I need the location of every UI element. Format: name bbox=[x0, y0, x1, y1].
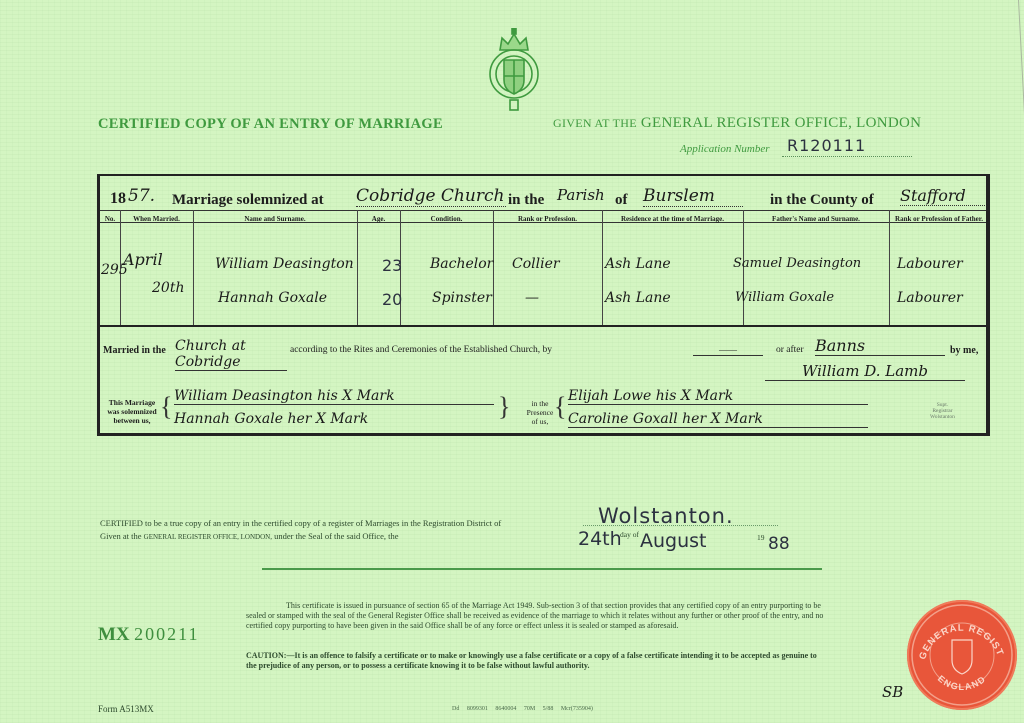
label-line: was solemnized bbox=[103, 407, 161, 416]
or-after-value: Banns bbox=[815, 336, 945, 356]
bride-signature: Hannah Goxale her X Mark bbox=[174, 411, 368, 427]
officiant-signature: William D. Lamb bbox=[765, 362, 965, 381]
or-after-label: or after bbox=[776, 345, 804, 355]
seal-text-top: GENERAL REGISTER OFFICE bbox=[907, 600, 1006, 661]
certification-line-2: Given at the General Register Office, Lo… bbox=[100, 531, 399, 541]
serial-digits: 200211 bbox=[134, 624, 199, 644]
certificate-title: CERTIFIED COPY OF AN ENTRY OF MARRIAGE bbox=[98, 116, 443, 133]
caution-notice: CAUTION:—It is an offence to falsify a c… bbox=[246, 651, 826, 671]
of-label: of bbox=[615, 192, 628, 209]
bride-father-rank: Labourer bbox=[897, 290, 963, 306]
svg-text:ENGLAND: ENGLAND bbox=[936, 673, 988, 692]
by-licence-value: —— bbox=[693, 345, 763, 356]
brace-left: { bbox=[160, 392, 172, 422]
register-office-seal-icon: GENERAL REGISTER OFFICE ENGLAND bbox=[907, 600, 1017, 710]
application-number: R120111 bbox=[787, 136, 866, 155]
initials: SB bbox=[882, 683, 903, 701]
groom-father-rank: Labourer bbox=[897, 256, 963, 272]
caution-text: It is an offence to falsify a certificat… bbox=[246, 651, 817, 670]
bride-rank: — bbox=[525, 290, 539, 306]
registrar-stamp: Supt. Registrar Wolstanton bbox=[930, 402, 955, 420]
issuing-office: Given at the GENERAL REGISTER OFFICE, LO… bbox=[553, 115, 921, 132]
column-header-age: Age. bbox=[357, 215, 400, 223]
column-header-father: Father's Name and Surname. bbox=[743, 215, 889, 223]
registration-district: Wolstanton. bbox=[598, 504, 734, 528]
witness-1-signature: Elijah Lowe his X Mark bbox=[568, 388, 868, 405]
serial-number: MX 200211 bbox=[98, 624, 200, 646]
application-number-label: Application Number bbox=[680, 143, 770, 155]
solemnized-place: Cobridge Church bbox=[356, 186, 506, 207]
form-number: Form A513MX bbox=[98, 704, 154, 714]
bride-age: 20 bbox=[382, 290, 402, 309]
bride-condition: Spinster bbox=[432, 290, 492, 306]
year-printed: 19 bbox=[757, 533, 765, 542]
in-the-label: in the bbox=[508, 192, 544, 209]
groom-age: 23 bbox=[382, 256, 402, 275]
groom-residence: Ash Lane bbox=[605, 256, 671, 272]
column-header-residence: Residence at the time of Marriage. bbox=[602, 215, 743, 223]
rule bbox=[100, 325, 986, 327]
line2-suffix: under the Seal of the said Office, the bbox=[274, 531, 398, 541]
day-of-label: day of bbox=[620, 530, 639, 539]
line2-prefix: Given at the bbox=[100, 531, 142, 541]
column-header-name: Name and Surname. bbox=[193, 215, 357, 223]
parish-type: Parish bbox=[557, 186, 605, 204]
column-divider bbox=[602, 210, 603, 325]
serial-prefix: MX bbox=[98, 624, 130, 645]
parish-name: Burslem bbox=[643, 186, 743, 207]
statutory-notice: This certificate is issued in pursuance … bbox=[246, 601, 826, 631]
groom-condition: Bachelor bbox=[430, 256, 493, 272]
royal-crest-icon bbox=[486, 28, 542, 114]
certification-line-1: CERTIFIED to be a true copy of an entry … bbox=[100, 518, 501, 528]
brace-witnesses: { bbox=[554, 392, 566, 422]
svg-text:GENERAL REGISTER OFFICE: GENERAL REGISTER OFFICE bbox=[907, 600, 1006, 661]
column-header-rank: Rank or Profession. bbox=[493, 215, 602, 223]
print-code: Dd 8099301 8640004 70M 5/88 Mcr(735904) bbox=[452, 706, 593, 712]
county-name: Stafford bbox=[900, 186, 985, 206]
groom-father: Samuel Deasington bbox=[733, 256, 861, 271]
groom-name: William Deasington bbox=[215, 256, 354, 272]
caution-label: CAUTION:— bbox=[246, 651, 294, 660]
certification-day: 24th bbox=[578, 528, 622, 550]
seal-text-bottom: ENGLAND bbox=[936, 673, 988, 692]
column-header-condition: Condition. bbox=[400, 215, 493, 223]
bride-name: Hannah Goxale bbox=[218, 290, 327, 306]
application-number-line bbox=[782, 156, 912, 157]
married-in-label: Married in the bbox=[103, 345, 166, 356]
bride-father: William Goxale bbox=[735, 290, 834, 305]
groom-rank: Collier bbox=[512, 256, 560, 272]
paper-edge bbox=[1018, 0, 1024, 722]
column-header-when-married: When Married. bbox=[120, 215, 193, 223]
office-name: GENERAL REGISTER OFFICE, LONDON bbox=[641, 115, 921, 131]
certification-month: August bbox=[640, 530, 707, 552]
county-label: in the County of bbox=[770, 192, 874, 209]
marriage-day: 20th bbox=[152, 280, 184, 296]
certification-rule bbox=[262, 568, 822, 570]
register-year-printed: 18 bbox=[110, 190, 126, 208]
solemnized-label: Marriage solemnized at bbox=[172, 192, 324, 209]
column-header-father-rank: Rank or Profession of Father. bbox=[889, 215, 989, 223]
by-me-label: by me, bbox=[950, 345, 978, 356]
rule bbox=[100, 210, 986, 211]
bride-residence: Ash Lane bbox=[605, 290, 671, 306]
witness-2-signature: Caroline Goxall her X Mark bbox=[568, 411, 868, 428]
label-line: between us, bbox=[103, 416, 161, 425]
line2-office: General Register Office, London, bbox=[144, 533, 272, 541]
column-divider bbox=[357, 210, 358, 325]
label-line: This Marriage bbox=[103, 398, 161, 407]
stamp-line: Wolstanton bbox=[930, 414, 955, 420]
married-in-place: Church at Cobridge bbox=[175, 338, 287, 371]
groom-signature: William Deasington his X Mark bbox=[174, 388, 494, 405]
given-at-prefix: Given at the bbox=[553, 116, 637, 130]
solemnized-between-label: This Marriage was solemnized between us, bbox=[103, 398, 161, 425]
brace-right: } bbox=[498, 392, 510, 422]
register-year-hand: 57. bbox=[128, 186, 155, 206]
year-hand: 88 bbox=[768, 534, 790, 554]
column-divider bbox=[889, 210, 890, 325]
column-divider bbox=[193, 210, 194, 325]
column-header-no: No. bbox=[100, 215, 120, 223]
marriage-month: April bbox=[123, 250, 163, 269]
rites-label: according to the Rites and Ceremonies of… bbox=[290, 345, 552, 355]
